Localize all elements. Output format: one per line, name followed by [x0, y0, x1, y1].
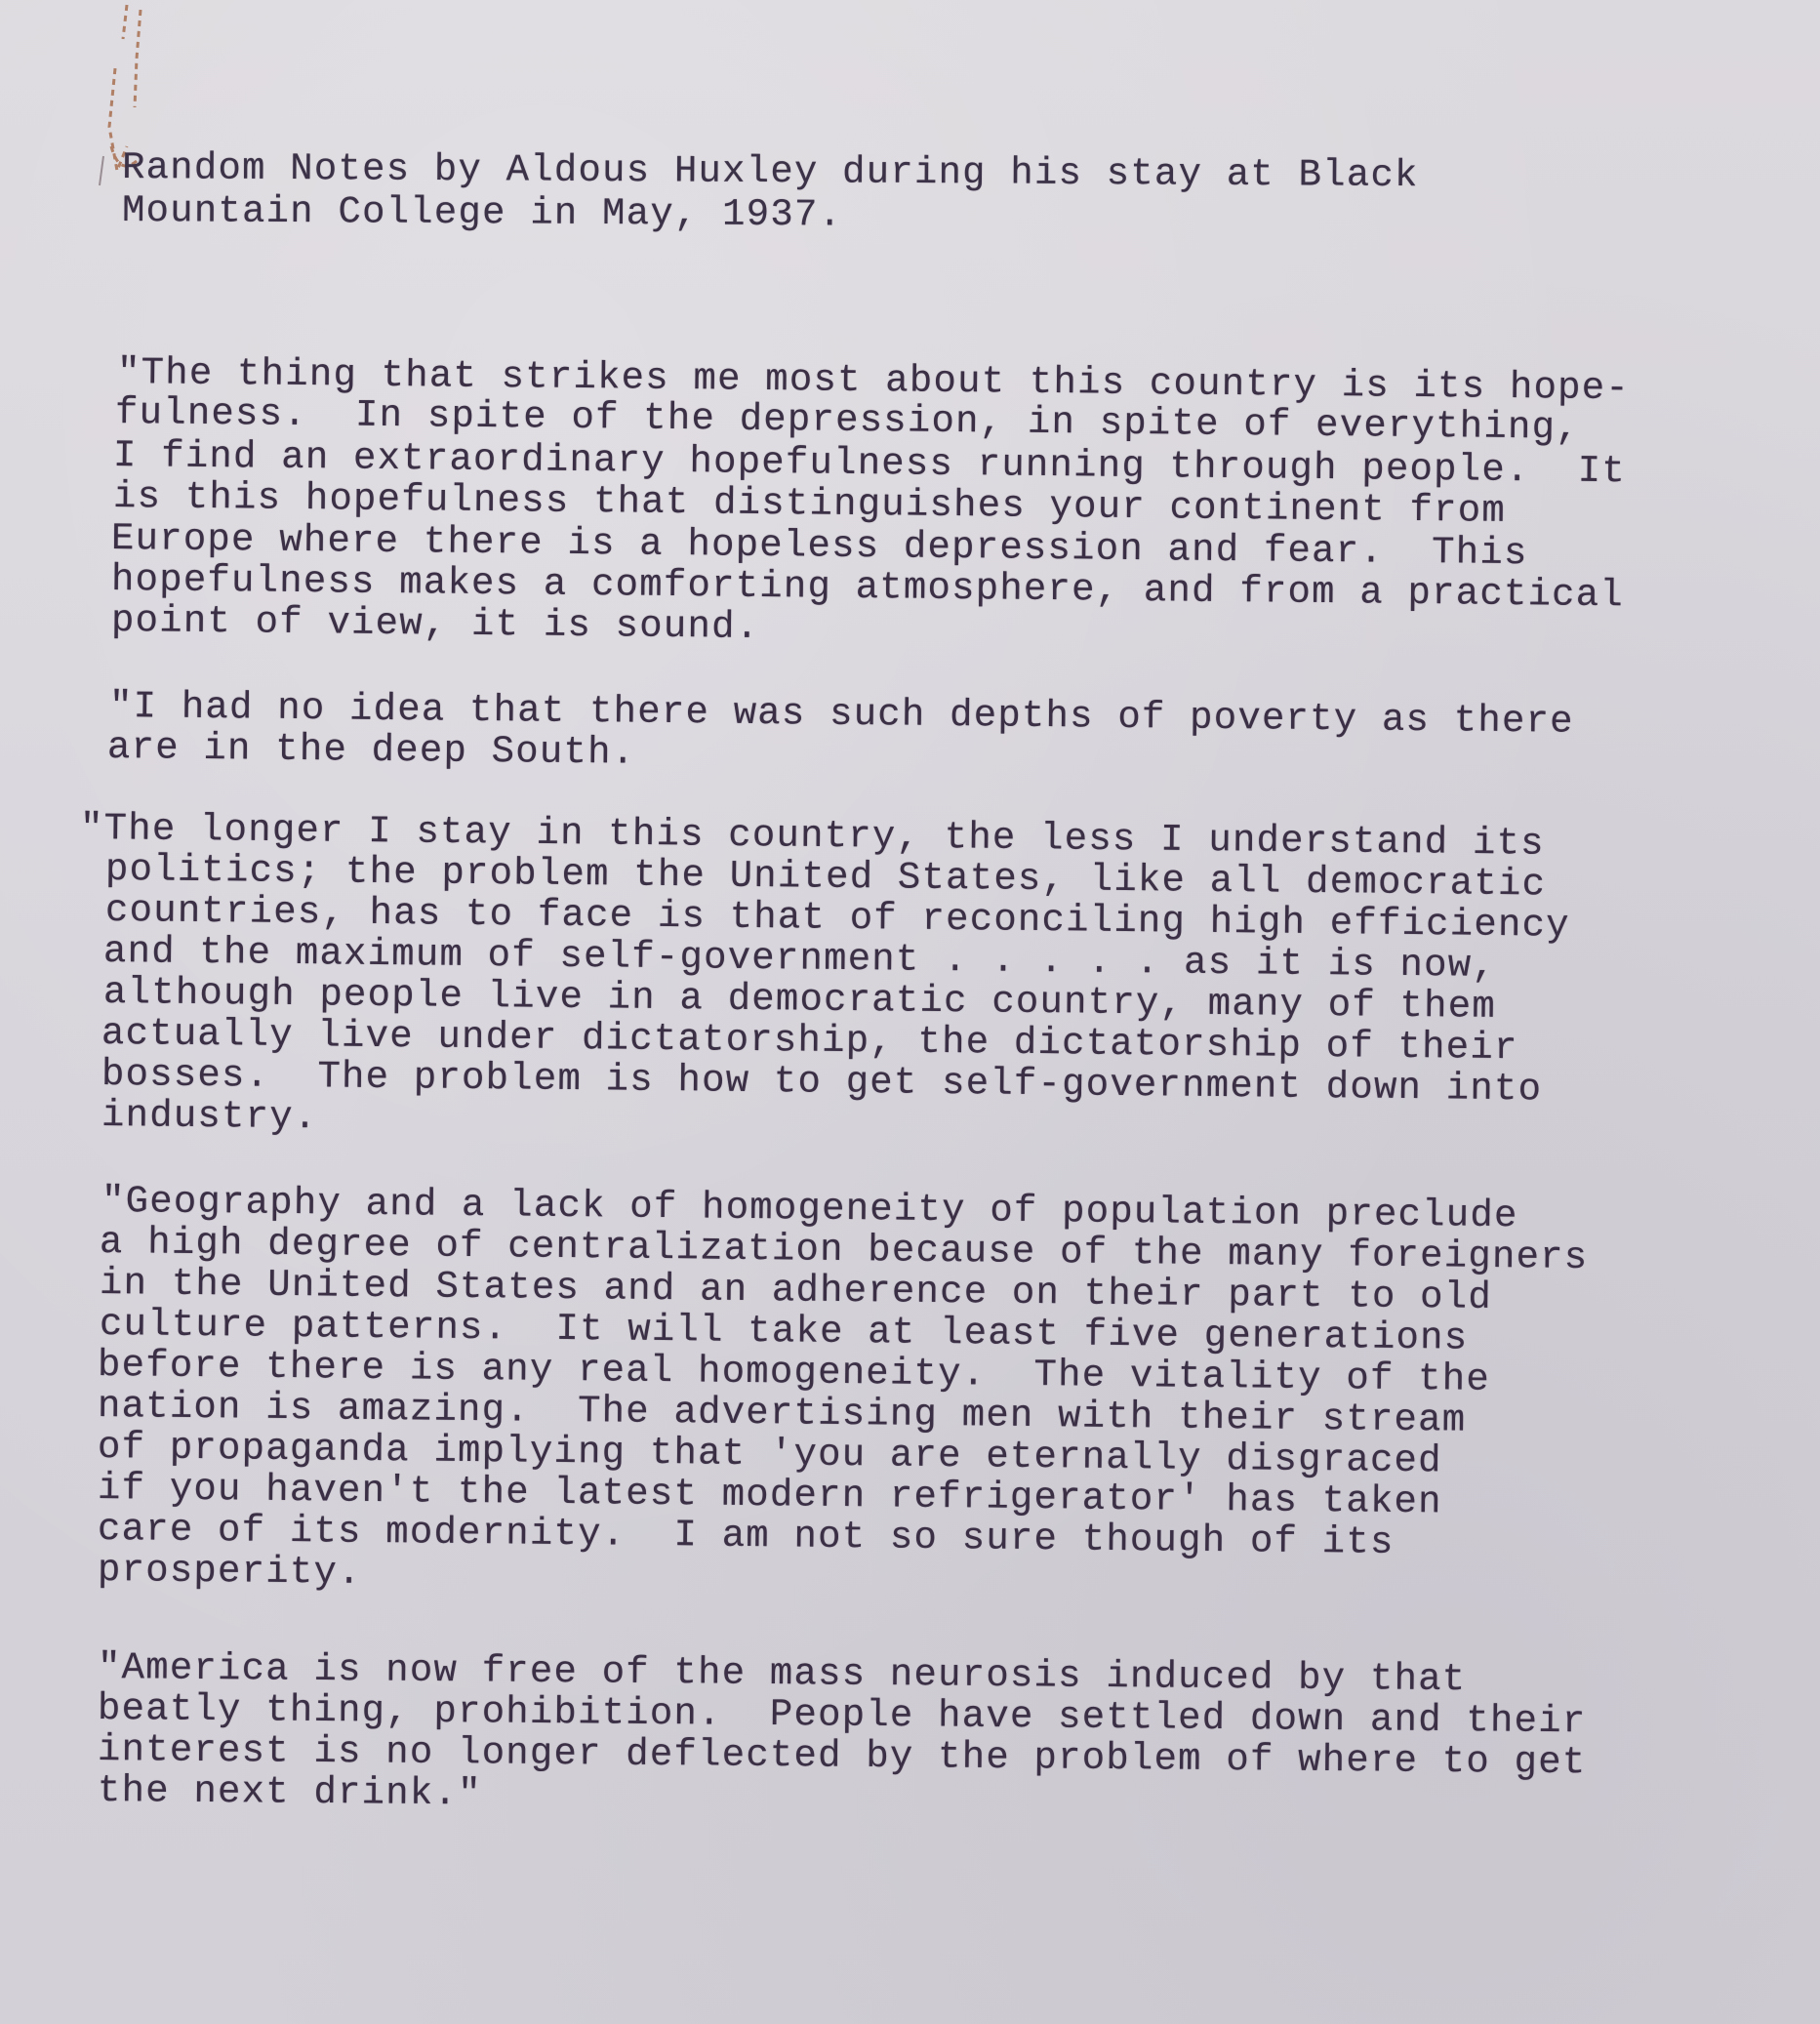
paragraph-line: industry.: [101, 1097, 318, 1137]
heading-line: Mountain College in May, 1937.: [122, 192, 842, 235]
paragraph-line: prosperity.: [98, 1552, 362, 1593]
paragraph-line: are in the deep South.: [107, 729, 636, 773]
heading-line: Random Notes by Aldous Huxley during his…: [122, 149, 1419, 195]
typewritten-page: Random Notes by Aldous Huxley during his…: [0, 0, 1820, 2024]
paragraph-line: point of view, it is sound.: [111, 602, 760, 647]
paragraph-line: the next drink.": [98, 1772, 482, 1813]
